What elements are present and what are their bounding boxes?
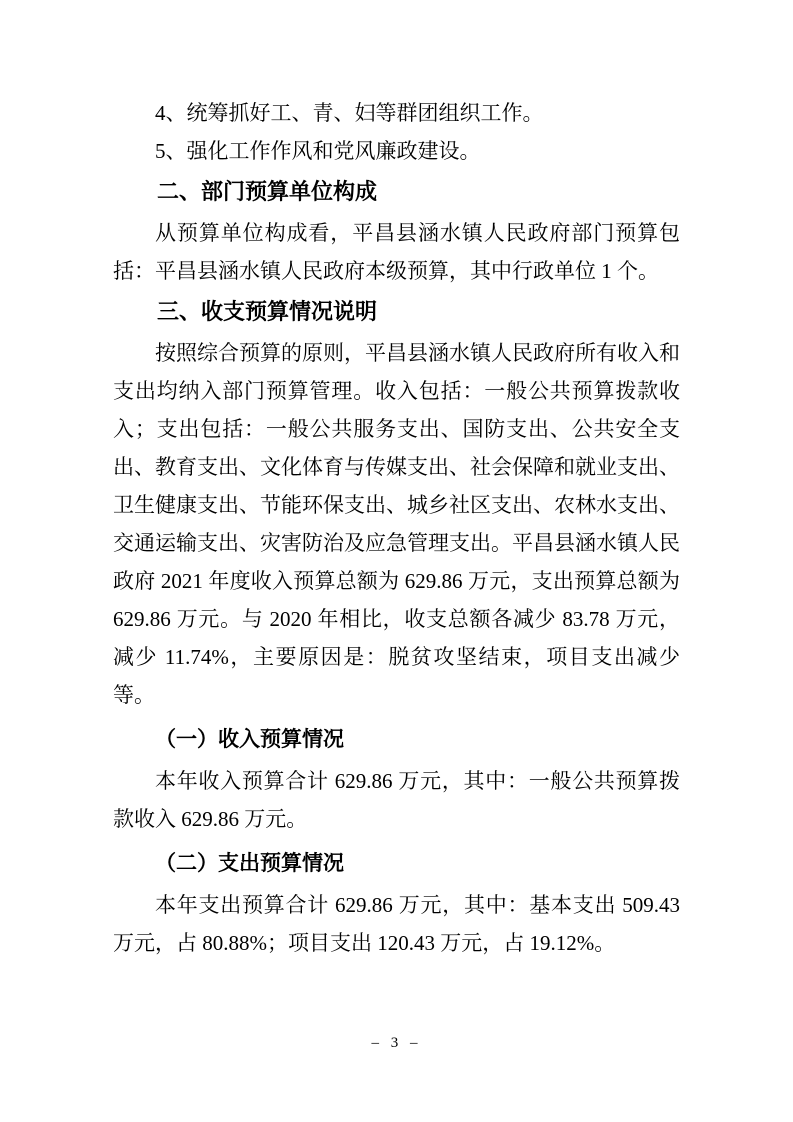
subheading-expenditure-budget: （二）支出预算情况 bbox=[113, 844, 680, 884]
list-item-5: 5、强化工作作风和党风廉政建设。 bbox=[113, 132, 680, 170]
paragraph-budget-unit-composition: 从预算单位构成看，平昌县涵水镇人民政府部门预算包括：平昌县涵水镇人民政府本级预算… bbox=[113, 214, 680, 290]
section-heading-2: 二、部门预算单位构成 bbox=[113, 172, 680, 212]
section-heading-3: 三、收支预算情况说明 bbox=[113, 292, 680, 332]
paragraph-budget-overview: 按照综合预算的原则，平昌县涵水镇人民政府所有收入和支出均纳入部门预算管理。收入包… bbox=[113, 334, 680, 714]
paragraph-expenditure-budget: 本年支出预算合计 629.86 万元，其中：基本支出 509.43 万元，占 8… bbox=[113, 886, 680, 962]
page-number: – 3 – bbox=[0, 1035, 793, 1052]
document-page: 4、统筹抓好工、青、妇等群团组织工作。 5、强化工作作风和党风廉政建设。 二、部… bbox=[0, 0, 793, 1122]
subheading-income-budget: （一）收入预算情况 bbox=[113, 720, 680, 760]
document-body: 4、统筹抓好工、青、妇等群团组织工作。 5、强化工作作风和党风廉政建设。 二、部… bbox=[113, 94, 680, 962]
list-item-4: 4、统筹抓好工、青、妇等群团组织工作。 bbox=[113, 94, 680, 132]
paragraph-income-budget: 本年收入预算合计 629.86 万元，其中：一般公共预算拨款收入 629.86 … bbox=[113, 762, 680, 838]
